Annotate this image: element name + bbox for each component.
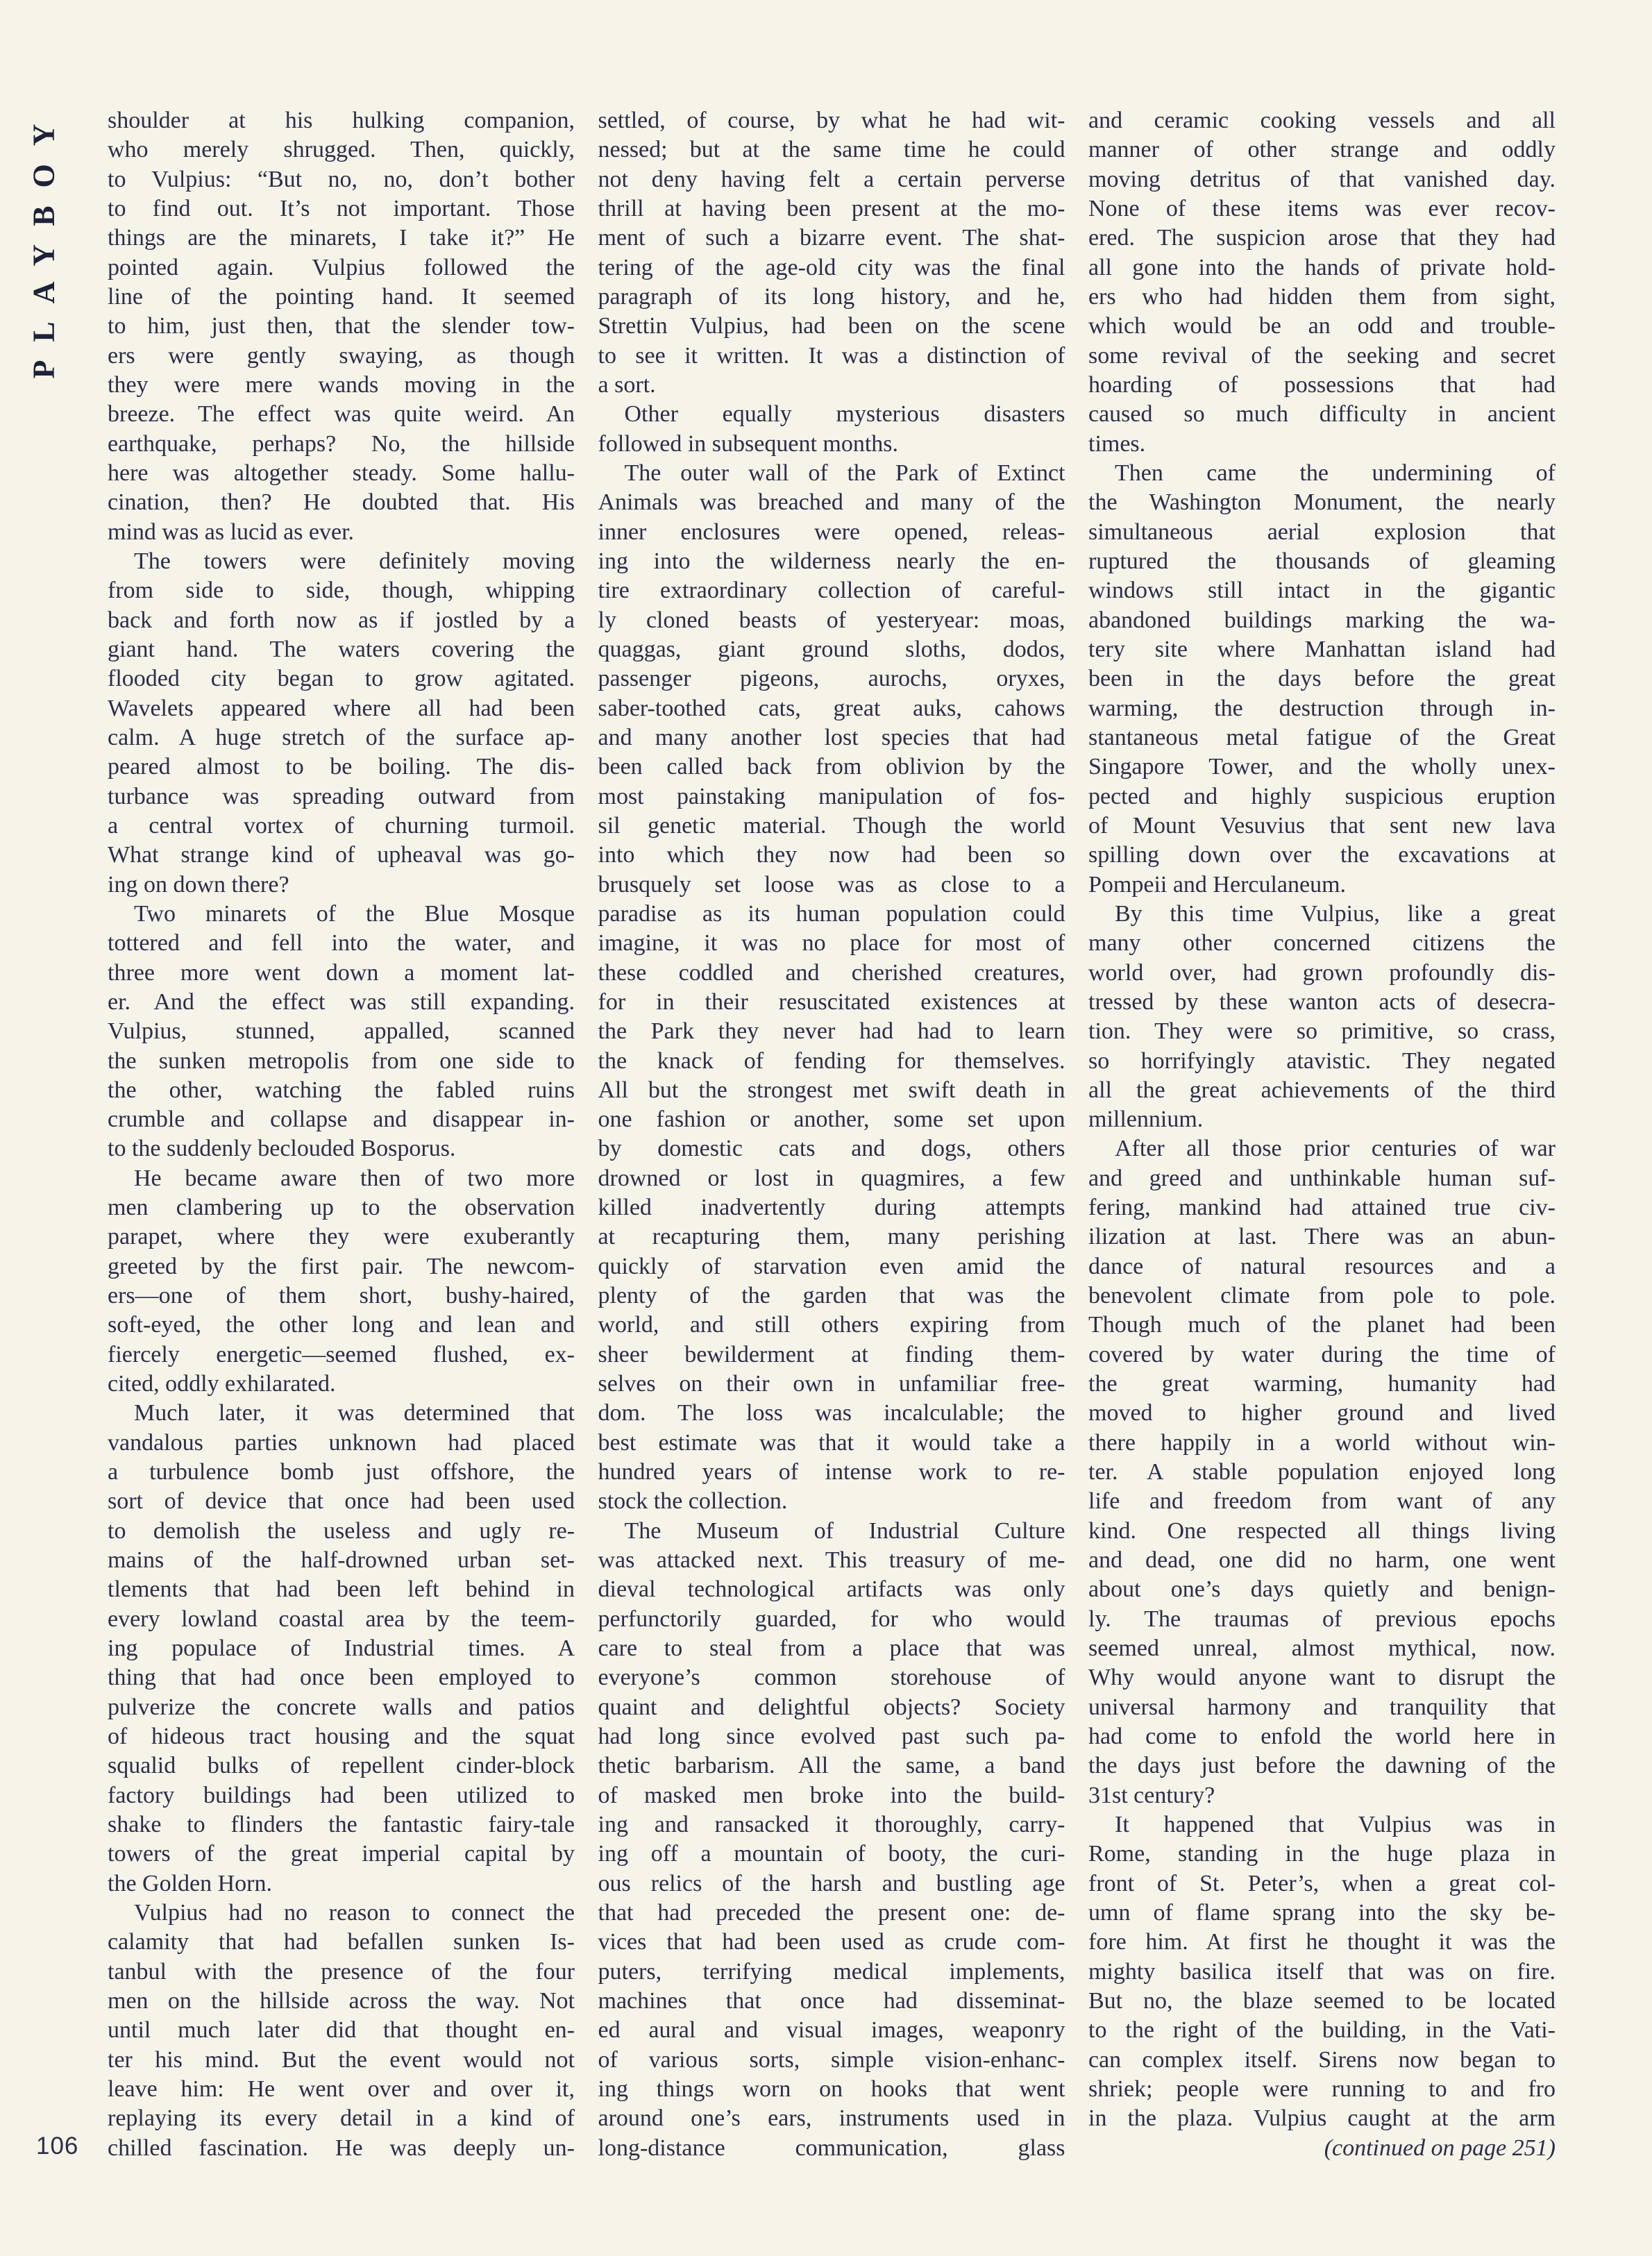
text-line: mighty basilica itself that was on fire. bbox=[1088, 1958, 1556, 1987]
continuation-notice: (continued on page 251) bbox=[1088, 2134, 1556, 2163]
text-line: soft-eyed, the other long and lean and bbox=[108, 1311, 575, 1340]
text-line: a central vortex of churning turmoil. bbox=[108, 811, 575, 841]
text-line: ruptured the thousands of gleaming bbox=[1088, 547, 1556, 576]
text-line: to demolish the useless and ugly re- bbox=[108, 1517, 575, 1546]
text-line: replaying its every detail in a kind of bbox=[108, 2104, 575, 2133]
text-line: It happened that Vulpius was in bbox=[1088, 1810, 1556, 1840]
text-line: dieval technological artifacts was only bbox=[598, 1575, 1065, 1604]
text-line: at recapturing them, many perishing bbox=[598, 1222, 1065, 1252]
text-line: drowned or lost in quagmires, a few bbox=[598, 1164, 1065, 1193]
text-line: Vulpius, stunned, appalled, scanned bbox=[108, 1017, 575, 1046]
text-line: ing into the wilderness nearly the en- bbox=[598, 547, 1065, 576]
text-line: tion. They were so primitive, so crass, bbox=[1088, 1017, 1556, 1046]
text-line: ter his mind. But the event would not bbox=[108, 2046, 575, 2075]
text-line: The towers were definitely moving bbox=[108, 547, 575, 576]
text-line: paradise as its human population could bbox=[598, 900, 1065, 929]
text-line: they were mere wands moving in the bbox=[108, 371, 575, 400]
text-line: many other concerned citizens the bbox=[1088, 929, 1556, 958]
text-line: cited, oddly exhilarated. bbox=[108, 1370, 575, 1399]
text-line: to Vulpius: “But no, no, don’t bother bbox=[108, 165, 575, 194]
text-line: ment of such a bizarre event. The shat- bbox=[598, 224, 1065, 253]
text-line: here was altogether steady. Some hallu- bbox=[108, 459, 575, 488]
text-line: Two minarets of the Blue Mosque bbox=[108, 900, 575, 929]
text-line: tanbul with the presence of the four bbox=[108, 1958, 575, 1987]
text-line: fering, mankind had attained true civ- bbox=[1088, 1193, 1556, 1222]
text-line: Why would anyone want to disrupt the bbox=[1088, 1663, 1556, 1692]
text-line: giant hand. The waters covering the bbox=[108, 635, 575, 664]
text-line: had long since evolved past such pa- bbox=[598, 1722, 1065, 1751]
text-line: the Washington Monument, the nearly bbox=[1088, 488, 1556, 517]
text-line: vandalous parties unknown had placed bbox=[108, 1429, 575, 1458]
text-line: He became aware then of two more bbox=[108, 1164, 575, 1193]
paragraph: Other equally mysterious disastersfollow… bbox=[598, 400, 1065, 459]
paragraph: Then came the undermining ofthe Washingt… bbox=[1088, 459, 1556, 900]
text-line: to see it written. It was a distinction … bbox=[598, 342, 1065, 371]
text-line: stock the collection. bbox=[598, 1487, 1065, 1516]
text-line: so horrifyingly atavistic. They negated bbox=[1088, 1047, 1556, 1076]
text-line: perfunctorily guarded, for who would bbox=[598, 1605, 1065, 1634]
text-line: stantaneous metal fatigue of the Great bbox=[1088, 723, 1556, 752]
text-line: thetic barbarism. All the same, a band bbox=[598, 1751, 1065, 1781]
text-line: The Museum of Industrial Culture bbox=[598, 1517, 1065, 1546]
page-number: 106 bbox=[36, 2134, 78, 2158]
text-line: None of these items was ever recov- bbox=[1088, 194, 1556, 224]
text-line: Strettin Vulpius, had been on the scene bbox=[598, 312, 1065, 341]
text-line: Wavelets appeared where all had been bbox=[108, 694, 575, 723]
magazine-spine-text: PLAYBOY bbox=[26, 106, 62, 378]
text-line: line of the pointing hand. It seemed bbox=[108, 283, 575, 312]
text-line: the days just before the dawning of the bbox=[1088, 1751, 1556, 1781]
text-line: three more went down a moment lat- bbox=[108, 959, 575, 988]
text-line: ers—one of them short, bushy-haired, bbox=[108, 1281, 575, 1311]
text-line: times. bbox=[1088, 430, 1556, 459]
text-line: ers were gently swaying, as though bbox=[108, 342, 575, 371]
text-line: mind was as lucid as ever. bbox=[108, 518, 575, 547]
text-line: machines that once had disseminat- bbox=[598, 1987, 1065, 2016]
text-line: ing off a mountain of booty, the curi- bbox=[598, 1840, 1065, 1869]
text-line: to him, just then, that the slender tow- bbox=[108, 312, 575, 341]
text-line: settled, of course, by what he had wit- bbox=[598, 106, 1065, 135]
text-line: paragraph of its long history, and he, bbox=[598, 283, 1065, 312]
text-line: passenger pigeons, aurochs, oryxes, bbox=[598, 664, 1065, 693]
text-line: of masked men broke into the build- bbox=[598, 1781, 1065, 1810]
text-line: saber-toothed cats, great auks, cahows bbox=[598, 694, 1065, 723]
text-line: hoarding of possessions that had bbox=[1088, 371, 1556, 400]
text-line: inner enclosures were opened, releas- bbox=[598, 518, 1065, 547]
text-line: moved to higher ground and lived bbox=[1088, 1399, 1556, 1428]
text-column-1: shoulder at his hulking companion,who me… bbox=[108, 106, 575, 2163]
text-line: there happily in a world without win- bbox=[1088, 1429, 1556, 1458]
text-line: 31st century? bbox=[1088, 1781, 1556, 1810]
text-line: of Mount Vesuvius that sent new lava bbox=[1088, 811, 1556, 841]
text-line: not deny having felt a certain perverse bbox=[598, 165, 1065, 194]
text-line: puters, terrifying medical implements, bbox=[598, 1958, 1065, 1987]
text-line: pointed again. Vulpius followed the bbox=[108, 253, 575, 283]
text-line: and ceramic cooking vessels and all bbox=[1088, 106, 1556, 135]
text-line: around one’s ears, instruments used in bbox=[598, 2104, 1065, 2133]
text-line: shoulder at his hulking companion, bbox=[108, 106, 575, 135]
text-line: ly. The traumas of previous epochs bbox=[1088, 1605, 1556, 1634]
text-line: seemed unreal, almost mythical, now. bbox=[1088, 1634, 1556, 1663]
text-line: leave him: He went over and over it, bbox=[108, 2075, 575, 2104]
text-line: mains of the half-drowned urban set- bbox=[108, 1546, 575, 1575]
text-line: that had preceded the present one: de- bbox=[598, 1899, 1065, 1928]
text-line: shriek; people were running to and fro bbox=[1088, 2075, 1556, 2104]
text-line: What strange kind of upheaval was go- bbox=[108, 841, 575, 870]
text-line: millennium. bbox=[1088, 1105, 1556, 1134]
text-line: tlements that had been left behind in bbox=[108, 1575, 575, 1604]
text-line: of hideous tract housing and the squat bbox=[108, 1722, 575, 1751]
text-line: ers who had hidden them from sight, bbox=[1088, 283, 1556, 312]
text-line: shake to flinders the fantastic fairy-ta… bbox=[108, 1810, 575, 1840]
text-line: Other equally mysterious disasters bbox=[598, 400, 1065, 429]
text-line: a turbulence bomb just offshore, the bbox=[108, 1458, 575, 1487]
text-line: pulverize the concrete walls and patios bbox=[108, 1693, 575, 1722]
paragraph: The Museum of Industrial Culturewas atta… bbox=[598, 1517, 1065, 2163]
text-line: imagine, it was no place for most of bbox=[598, 929, 1065, 958]
text-line: ing populace of Industrial times. A bbox=[108, 1634, 575, 1663]
text-line: everyone’s common storehouse of bbox=[598, 1663, 1065, 1692]
text-line: Rome, standing in the huge plaza in bbox=[1088, 1840, 1556, 1869]
text-line: long-distance communication, glass bbox=[598, 2134, 1065, 2163]
text-line: things are the minarets, I take it?” He bbox=[108, 224, 575, 253]
text-line: about one’s days quietly and benign- bbox=[1088, 1575, 1556, 1604]
text-line: calamity that had befallen sunken Is- bbox=[108, 1928, 575, 1957]
text-line: After all those prior centuries of war bbox=[1088, 1134, 1556, 1163]
paragraph: He became aware then of two moremen clam… bbox=[108, 1164, 575, 1399]
text-line: every lowland coastal area by the teem- bbox=[108, 1605, 575, 1634]
text-line: earthquake, perhaps? No, the hillside bbox=[108, 430, 575, 459]
text-line: dance of natural resources and a bbox=[1088, 1252, 1556, 1281]
paragraph: shoulder at his hulking companion,who me… bbox=[108, 106, 575, 547]
text-line: breeze. The effect was quite weird. An bbox=[108, 400, 575, 429]
paragraph: The outer wall of the Park of ExtinctAni… bbox=[598, 459, 1065, 1517]
text-line: parapet, where they were exuberantly bbox=[108, 1222, 575, 1252]
text-line: warming, the destruction through in- bbox=[1088, 694, 1556, 723]
text-line: manner of other strange and oddly bbox=[1088, 135, 1556, 165]
text-line: Singapore Tower, and the wholly unex- bbox=[1088, 752, 1556, 782]
text-line: these coddled and cherished creatures, bbox=[598, 959, 1065, 988]
text-line: back and forth now as if jostled by a bbox=[108, 606, 575, 635]
text-line: tire extraordinary collection of careful… bbox=[598, 576, 1065, 605]
text-line: quickly of starvation even amid the bbox=[598, 1252, 1065, 1281]
text-line: the knack of fending for themselves. bbox=[598, 1047, 1065, 1076]
paragraph: Two minarets of the Blue Mosquetottered … bbox=[108, 900, 575, 1164]
text-line: tottered and fell into the water, and bbox=[108, 929, 575, 958]
text-line: been called back from oblivion by the bbox=[598, 752, 1065, 782]
paragraph: The towers were definitely movingfrom si… bbox=[108, 547, 575, 900]
text-line: from side to side, though, whipping bbox=[108, 576, 575, 605]
text-line: selves on their own in unfamiliar free- bbox=[598, 1370, 1065, 1399]
text-line: benevolent climate from pole to pole. bbox=[1088, 1281, 1556, 1311]
text-line: quaggas, giant ground sloths, dodos, bbox=[598, 635, 1065, 664]
text-line: crumble and collapse and disappear in- bbox=[108, 1105, 575, 1134]
text-line: dom. The loss was incalculable; the bbox=[598, 1399, 1065, 1428]
text-line: Then came the undermining of bbox=[1088, 459, 1556, 488]
paragraph: After all those prior centuries of waran… bbox=[1088, 1134, 1556, 1810]
text-line: er. And the effect was still expanding. bbox=[108, 988, 575, 1017]
text-line: greeted by the first pair. The newcom- bbox=[108, 1252, 575, 1281]
text-column-3: and ceramic cooking vessels and allmanne… bbox=[1088, 106, 1556, 2163]
text-line: calm. A huge stretch of the surface ap- bbox=[108, 723, 575, 752]
text-line: By this time Vulpius, like a great bbox=[1088, 900, 1556, 929]
text-line: ing on down there? bbox=[108, 870, 575, 900]
text-line: fore him. At first he thought it was the bbox=[1088, 1928, 1556, 1957]
magazine-page: PLAYBOY shoulder at his hulking companio… bbox=[0, 0, 1652, 2256]
text-line: world, and still others expiring from bbox=[598, 1311, 1065, 1340]
text-line: which would be an odd and trouble- bbox=[1088, 312, 1556, 341]
text-line: was attacked next. This treasury of me- bbox=[598, 1546, 1065, 1575]
text-line: universal harmony and tranquility that bbox=[1088, 1693, 1556, 1722]
text-line: pected and highly suspicious eruption bbox=[1088, 782, 1556, 811]
text-line: nessed; but at the same time he could bbox=[598, 135, 1065, 165]
text-line: best estimate was that it would take a bbox=[598, 1429, 1065, 1458]
text-line: simultaneous aerial explosion that bbox=[1088, 518, 1556, 547]
text-line: ing and ransacked it thoroughly, carry- bbox=[598, 1810, 1065, 1840]
paragraph: and ceramic cooking vessels and allmanne… bbox=[1088, 106, 1556, 459]
text-line: some revival of the seeking and secret bbox=[1088, 342, 1556, 371]
paragraph: Much later, it was determined thatvandal… bbox=[108, 1399, 575, 1899]
text-line: to the right of the building, in the Vat… bbox=[1088, 2016, 1556, 2045]
text-line: to the suddenly beclouded Bosporus. bbox=[108, 1134, 575, 1163]
text-line: But no, the blaze seemed to be located bbox=[1088, 1987, 1556, 2016]
text-line: fiercely energetic—seemed flushed, ex- bbox=[108, 1340, 575, 1370]
text-line: followed in subsequent months. bbox=[598, 430, 1065, 459]
text-line: vices that had been used as crude com- bbox=[598, 1928, 1065, 1957]
text-line: kind. One respected all things living bbox=[1088, 1517, 1556, 1546]
text-line: by domestic cats and dogs, others bbox=[598, 1134, 1065, 1163]
text-line: the sunken metropolis from one side to bbox=[108, 1047, 575, 1076]
paragraph: By this time Vulpius, like a greatmany o… bbox=[1088, 900, 1556, 1135]
text-line: the Park they never had had to learn bbox=[598, 1017, 1065, 1046]
text-line: and greed and unthinkable human suf- bbox=[1088, 1164, 1556, 1193]
text-line: caused so much difficulty in ancient bbox=[1088, 400, 1556, 429]
text-line: killed inadvertently during attempts bbox=[598, 1193, 1065, 1222]
text-line: for in their resuscitated existences at bbox=[598, 988, 1065, 1017]
text-line: The outer wall of the Park of Extinct bbox=[598, 459, 1065, 488]
text-line: the other, watching the fabled ruins bbox=[108, 1076, 575, 1105]
text-line: umn of flame sprang into the sky be- bbox=[1088, 1899, 1556, 1928]
text-line: and dead, one did no harm, one went bbox=[1088, 1546, 1556, 1575]
text-line: the Golden Horn. bbox=[108, 1869, 575, 1899]
text-line: until much later did that thought en- bbox=[108, 2016, 575, 2045]
text-line: spilling down over the excavations at bbox=[1088, 841, 1556, 870]
text-line: quaint and delightful objects? Society bbox=[598, 1693, 1065, 1722]
story-text-columns: shoulder at his hulking companion,who me… bbox=[108, 106, 1556, 2163]
text-line: care to steal from a place that was bbox=[598, 1634, 1065, 1663]
text-line: tressed by these wanton acts of desecra- bbox=[1088, 988, 1556, 1017]
text-line: Vulpius had no reason to connect the bbox=[108, 1899, 575, 1928]
text-line: been in the days before the great bbox=[1088, 664, 1556, 693]
text-line: ter. A stable population enjoyed long bbox=[1088, 1458, 1556, 1487]
text-column-2: settled, of course, by what he had wit-n… bbox=[598, 106, 1065, 2163]
text-line: moving detritus of that vanished day. bbox=[1088, 165, 1556, 194]
text-line: cination, then? He doubted that. His bbox=[108, 488, 575, 517]
text-line: to find out. It’s not important. Those bbox=[108, 194, 575, 224]
text-line: chilled fascination. He was deeply un- bbox=[108, 2134, 575, 2163]
text-line: brusquely set loose was as close to a bbox=[598, 870, 1065, 900]
text-line: had come to enfold the world here in bbox=[1088, 1722, 1556, 1751]
paragraph: Vulpius had no reason to connect thecala… bbox=[108, 1899, 575, 2163]
text-line: thrill at having been present at the mo- bbox=[598, 194, 1065, 224]
text-line: into which they now had been so bbox=[598, 841, 1065, 870]
text-line: in the plaza. Vulpius caught at the arm bbox=[1088, 2104, 1556, 2133]
text-line: turbance was spreading outward from bbox=[108, 782, 575, 811]
text-line: Much later, it was determined that bbox=[108, 1399, 575, 1428]
text-line: the great warming, humanity had bbox=[1088, 1370, 1556, 1399]
text-line: plenty of the garden that was the bbox=[598, 1281, 1065, 1311]
text-line: of various sorts, simple vision-enhanc- bbox=[598, 2046, 1065, 2075]
text-line: peared almost to be boiling. The dis- bbox=[108, 752, 575, 782]
text-line: tering of the age-old city was the final bbox=[598, 253, 1065, 283]
text-line: squalid bulks of repellent cinder-block bbox=[108, 1751, 575, 1781]
text-line: abandoned buildings marking the wa- bbox=[1088, 606, 1556, 635]
text-line: sort of device that once had been used bbox=[108, 1487, 575, 1516]
text-line: can complex itself. Sirens now began to bbox=[1088, 2046, 1556, 2075]
text-line: thing that had once been employed to bbox=[108, 1663, 575, 1692]
text-line: Animals was breached and many of the bbox=[598, 488, 1065, 517]
text-line: ous relics of the harsh and bustling age bbox=[598, 1869, 1065, 1899]
text-line: factory buildings had been utilized to bbox=[108, 1781, 575, 1810]
text-line: who merely shrugged. Then, quickly, bbox=[108, 135, 575, 165]
paragraph: settled, of course, by what he had wit-n… bbox=[598, 106, 1065, 400]
text-line: front of St. Peter’s, when a great col- bbox=[1088, 1869, 1556, 1899]
text-line: tery site where Manhattan island had bbox=[1088, 635, 1556, 664]
text-line: one fashion or another, some set upon bbox=[598, 1105, 1065, 1134]
text-line: life and freedom from want of any bbox=[1088, 1487, 1556, 1516]
text-line: ing things worn on hooks that went bbox=[598, 2075, 1065, 2104]
text-line: Pompeii and Herculaneum. bbox=[1088, 870, 1556, 900]
text-line: ered. The suspicion arose that they had bbox=[1088, 224, 1556, 253]
text-line: sheer bewilderment at finding them- bbox=[598, 1340, 1065, 1370]
text-line: flooded city began to grow agitated. bbox=[108, 664, 575, 693]
text-line: windows still intact in the gigantic bbox=[1088, 576, 1556, 605]
text-line: men on the hillside across the way. Not bbox=[108, 1987, 575, 2016]
text-line: towers of the great imperial capital by bbox=[108, 1840, 575, 1869]
text-line: Though much of the planet had been bbox=[1088, 1311, 1556, 1340]
text-line: all the great achievements of the third bbox=[1088, 1076, 1556, 1105]
text-line: all gone into the hands of private hold- bbox=[1088, 253, 1556, 283]
text-line: ly cloned beasts of yesteryear: moas, bbox=[598, 606, 1065, 635]
text-line: world over, had grown profoundly dis- bbox=[1088, 959, 1556, 988]
paragraph: It happened that Vulpius was inRome, sta… bbox=[1088, 1810, 1556, 2134]
text-line: hundred years of intense work to re- bbox=[598, 1458, 1065, 1487]
text-line: covered by water during the time of bbox=[1088, 1340, 1556, 1370]
text-line: ilization at last. There was an abun- bbox=[1088, 1222, 1556, 1252]
text-line: All but the strongest met swift death in bbox=[598, 1076, 1065, 1105]
text-line: men clambering up to the observation bbox=[108, 1193, 575, 1222]
text-line: ed aural and visual images, weaponry bbox=[598, 2016, 1065, 2045]
text-line: sil genetic material. Though the world bbox=[598, 811, 1065, 841]
text-line: most painstaking manipulation of fos- bbox=[598, 782, 1065, 811]
text-line: a sort. bbox=[598, 371, 1065, 400]
text-line: and many another lost species that had bbox=[598, 723, 1065, 752]
